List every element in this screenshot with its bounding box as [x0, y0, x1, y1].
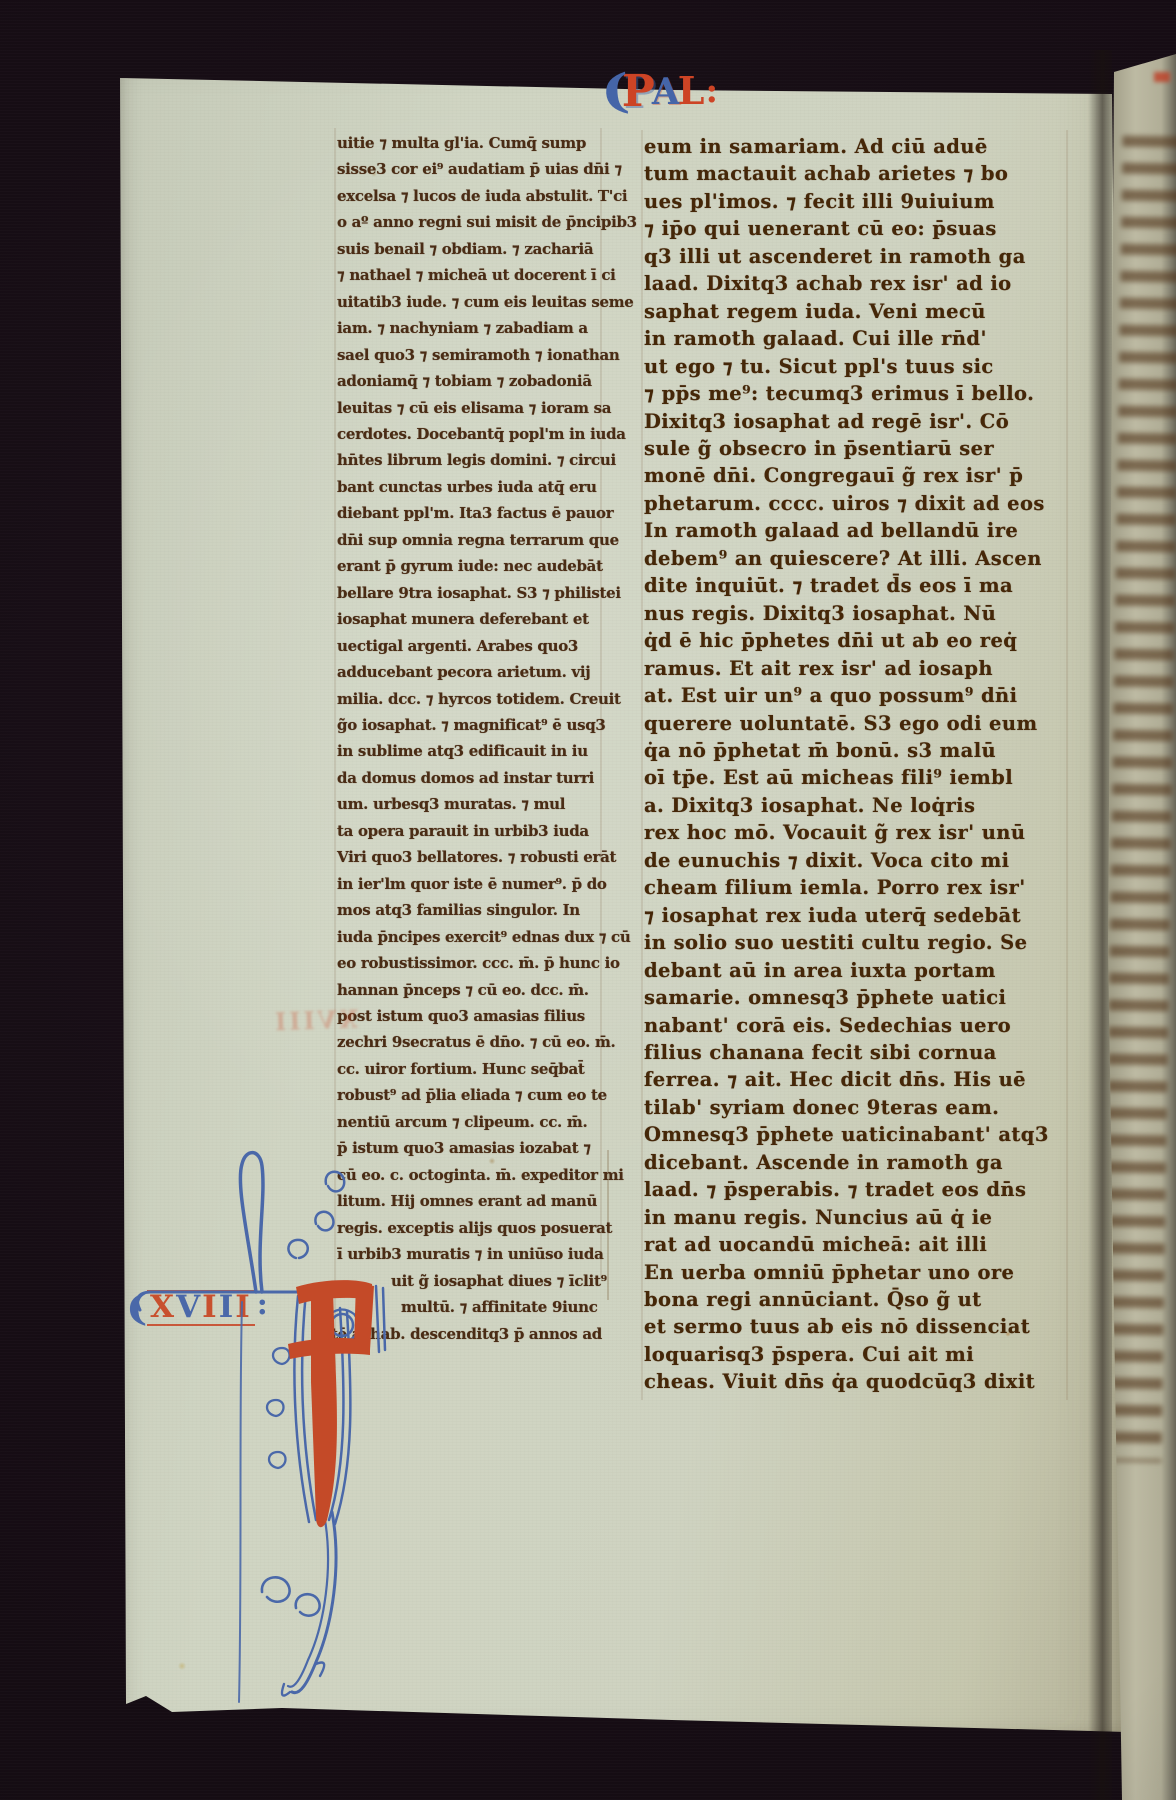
left-text-column: uitie ⁊ multa gl'ia. Cumq̄ sumpsisse3 co… [337, 130, 599, 1267]
manuscript-line: mos atq3 familias singulor. In [337, 897, 599, 923]
manuscript-line: ⁊ ip̄o qui uenerant cū eo: p̄suas [644, 215, 1068, 242]
manuscript-line: saphat regem iuda. Veni mecū [644, 298, 1068, 325]
manuscript-line: debem⁹ an quiescere? At illi. Ascen [644, 545, 1068, 572]
manuscript-line: adoniamq̄ ⁊ tobiam ⁊ zobadoniā [337, 368, 599, 394]
manuscript-line: at. Est uir un⁹ a quo possum⁹ dn̄i [644, 682, 1068, 709]
running-header: (PAL: [604, 68, 718, 128]
manuscript-line: cerdotes. Docebantq̄ popl'm in iuda [337, 421, 599, 447]
manuscript-line: in sublime atq3 edificauit in iu [337, 738, 599, 764]
manuscript-line: eum in samariam. Ad ciū aduē [644, 133, 1068, 160]
manuscript-line: da domus domos ad instar turri [337, 765, 599, 791]
manuscript-line: debant aū in area iuxta portam [644, 957, 1068, 984]
manuscript-line: milia. dcc. ⁊ hyrcos totidem. Creuit [337, 686, 599, 712]
manuscript-line: bellare 9tra iosaphat. S3 ⁊ philistei [337, 580, 599, 606]
manuscript-line: g̃o iosaphat. ⁊ magnificat⁹ ē usq3 [337, 712, 599, 738]
manuscript-line: q3 illi ut ascenderet in ramoth ga [644, 243, 1068, 270]
manuscript-line: bona regi annūciant. Q̄so g̃ ut [644, 1286, 1068, 1313]
manuscript-line: o aº anno regni sui misit de p̄ncipib3 [337, 209, 599, 235]
header-colon: : [706, 74, 719, 108]
manuscript-line: In ramoth galaad ad bellandū ire [644, 517, 1068, 544]
manuscript-line: iam. ⁊ nachyniam ⁊ zabadiam a [337, 315, 599, 341]
manuscript-line: nus regis. Dixitq3 iosaphat. Nū [644, 600, 1068, 627]
manuscript-line: ⁊ nathael ⁊ micheā ut docerent ī ci [337, 262, 599, 288]
header-letter-a: A [652, 74, 680, 110]
manuscript-line: sule g̃ obsecro in p̄sentiarū ser [644, 435, 1068, 462]
manuscript-line: En uerba omniū p̄phetar uno ore [644, 1259, 1068, 1286]
manuscript-line: et sermo tuus ab eis nō dissenciat [644, 1313, 1068, 1340]
manuscript-line: cheam filium iemla. Porro rex isr' [644, 874, 1068, 901]
chapter-initial-f [120, 1140, 540, 1720]
manuscript-line: ues pl'imos. ⁊ fecit illi 9uiuium [644, 188, 1068, 215]
manuscript-line: a. Dixitq3 iosaphat. Ne loq̇ris [644, 792, 1068, 819]
manuscript-line: Omnesq3 p̄phete uaticinabant' atq3 [644, 1121, 1068, 1148]
manuscript-line: iuda p̄ncipes exercit⁹ ednas dux ⁊ cū [337, 924, 599, 950]
manuscript-line: uitie ⁊ multa gl'ia. Cumq̄ sump [337, 130, 599, 156]
manuscript-line: ferrea. ⁊ ait. Hec dicit dn̄s. His uē [644, 1066, 1068, 1093]
manuscript-line: phetarum. cccc. uiros ⁊ dixit ad eos [644, 490, 1068, 517]
manuscript-line: ⁊ iosaphat rex iuda uterq̄ sedebāt [644, 902, 1068, 929]
manuscript-line: Dixitq3 iosaphat ad regē isr'. Cō [644, 408, 1068, 435]
manuscript-line: zechri 9secratus ē dn̄o. ⁊ cū eo. m̄. [337, 1029, 599, 1055]
manuscript-line: post istum quo3 amasias filius [337, 1003, 599, 1029]
photo-background: { "palette": { "background": "#150c13", … [0, 0, 1176, 1800]
manuscript-line: filius chanana fecit sibi cornua [644, 1039, 1068, 1066]
manuscript-line: diebant ppl'm. Ita3 factus ē pauor [337, 500, 599, 526]
initial-filigree-drawing [120, 1140, 540, 1720]
manuscript-line: erant p̄ gyrum iude: nec audebāt [337, 553, 599, 579]
ruling-line [641, 130, 643, 1400]
manuscript-line: robust⁹ ad p̄lia eliada ⁊ cum eo te [337, 1082, 599, 1108]
manuscript-line: ⁊ pp̄s me⁹: tecumq3 erimus ī bello. [644, 380, 1068, 407]
manuscript-line: leuitas ⁊ cū eis elisama ⁊ ioram sa [337, 395, 599, 421]
manuscript-line: rat ad uocandū micheā: ait illi [644, 1231, 1068, 1258]
manuscript-line: dite inquiūt. ⁊ tradet d̄s eos ī ma [644, 572, 1068, 599]
manuscript-line: uitatib3 iude. ⁊ cum eis leuitas seme [337, 289, 599, 315]
manuscript-line: Viri quo3 bellatores. ⁊ robusti erāt [337, 844, 599, 870]
manuscript-line: ramus. Et ait rex isr' ad iosaph [644, 655, 1068, 682]
manuscript-line: um. urbesq3 muratas. ⁊ mul [337, 791, 599, 817]
manuscript-line: oī tp̄e. Est aū micheas fili⁹ iembl [644, 764, 1068, 791]
manuscript-line: nabant' corā eis. Sedechias uero [644, 1012, 1068, 1039]
manuscript-line: suis benail ⁊ obdiam. ⁊ zachariā [337, 236, 599, 262]
manuscript-line: adducebant pecora arietum. vij [337, 659, 599, 685]
manuscript-line: tilab' syriam donec 9teras eam. [644, 1094, 1068, 1121]
manuscript-line: cheas. Viuit dn̄s q̇a quodcūq3 dixit [644, 1368, 1068, 1395]
manuscript-line: ta opera parauit in urbib3 iuda [337, 818, 599, 844]
right-text-column: eum in samariam. Ad ciū aduētum mactauit… [644, 133, 1068, 1396]
manuscript-line: in ier'lm quor iste ē numer⁹. p̄ do [337, 871, 599, 897]
manuscript-line: sisse3 cor ei⁹ audatiam p̄ uias dn̄i ⁊ [337, 156, 599, 182]
manuscript-line: laad. Dixitq3 achab rex isr' ad io [644, 270, 1068, 297]
manuscript-line: hannan p̄nceps ⁊ cū eo. dcc. m̄. [337, 977, 599, 1003]
manuscript-line: in solio suo uestiti cultu regio. Se [644, 929, 1068, 956]
manuscript-line: iosaphat munera deferebant et [337, 606, 599, 632]
manuscript-line: tum mactauit achab arietes ⁊ bo [644, 160, 1068, 187]
manuscript-line: ut ego ⁊ tu. Sicut ppl's tuus sic [644, 353, 1068, 380]
manuscript-line: samarie. omnesq3 p̄phete uatici [644, 984, 1068, 1011]
manuscript-line: nentiū arcum ⁊ clipeum. cc. m̄. [337, 1109, 599, 1135]
manuscript-line: hn̄tes librum legis domini. ⁊ circui [337, 447, 599, 473]
header-flourish: ( [599, 67, 632, 114]
manuscript-line: q̇a nō p̄phetat m̄ bonū. s3 malū [644, 737, 1068, 764]
manuscript-line: uectigal argenti. Arabes quo3 [337, 633, 599, 659]
manuscript-line: cc. uiror fortium. Hunc seq̄bat̄ [337, 1056, 599, 1082]
manuscript-line: loquarisq3 p̄spera. Cui ait mi [644, 1341, 1068, 1368]
manuscript-line: eo robustissimor. ccc. m̄. p̄ hunc io [337, 950, 599, 976]
manuscript-line: sael quo3 ⁊ semiramoth ⁊ ionathan [337, 342, 599, 368]
manuscript-line: querere uoluntatē. S3 ego odi eum [644, 710, 1068, 737]
manuscript-line: in ramoth galaad. Cui ille rn̄d' [644, 325, 1068, 352]
manuscript-line: dicebant. Ascende in ramoth ga [644, 1149, 1068, 1176]
offset-ghost-chapter-number: XVIII [268, 1004, 359, 1036]
manuscript-line: dn̄i sup omnia regna terrarum que [337, 527, 599, 553]
manuscript-line: monē dn̄i. Congregauī g̃ rex isr' p̄ [644, 462, 1068, 489]
manuscript-line: q̇d ē hic p̄phetes dn̄i ut ab eo req̇ [644, 627, 1068, 654]
header-letter-l: L [678, 72, 705, 110]
manuscript-line: excelsa ⁊ lucos de iuda abstulit. T'ci [337, 183, 599, 209]
manuscript-line: in manu regis. Nuncius aū q̇ ie [644, 1204, 1068, 1231]
next-page-header-mark [1154, 72, 1170, 82]
manuscript-line: bant cunctas urbes iuda atq̄ eru [337, 474, 599, 500]
manuscript-line: laad. ⁊ p̄sperabis. ⁊ tradet eos dn̄s [644, 1176, 1068, 1203]
manuscript-line: de eunuchis ⁊ dixit. Voca cito mi [644, 847, 1068, 874]
manuscript-line: rex hoc mō. Vocauit g̃ rex isr' unū [644, 819, 1068, 846]
